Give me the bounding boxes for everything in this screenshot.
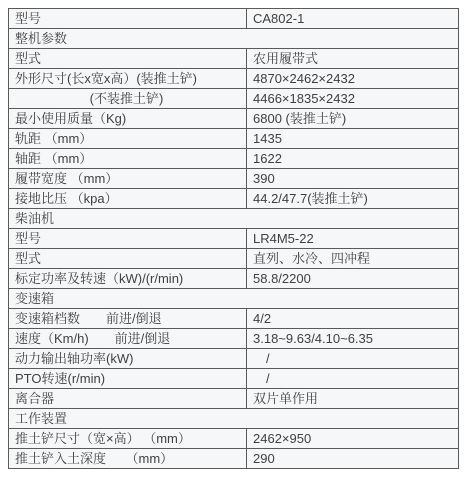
spec-value: CA802-1 — [247, 9, 459, 29]
spec-page: 型号CA802-1整机参数型式农用履带式外形尺寸(长x宽x高）(装推土铲)487… — [0, 0, 468, 478]
spec-row: 标定功率及转速（kW)/(r/min)58.8/2200 — [9, 269, 459, 289]
spec-label: 型式 — [9, 49, 247, 69]
spec-value: 农用履带式 — [247, 49, 459, 69]
spec-value: / — [247, 369, 459, 389]
spec-value: 直列、水冷、四冲程 — [247, 249, 459, 269]
spec-value: 双片单作用 — [247, 389, 459, 409]
spec-value: 4/2 — [247, 309, 459, 329]
spec-row: 最小使用质量（Kg)6800 (装推土铲) — [9, 109, 459, 129]
spec-row: 型号LR4M5-22 — [9, 229, 459, 249]
spec-label: 离合器 — [9, 389, 247, 409]
spec-label: 标定功率及转速（kW)/(r/min) — [9, 269, 247, 289]
spec-label: 接地比压 （kpa） — [9, 189, 247, 209]
spec-value: 6800 (装推土铲) — [247, 109, 459, 129]
spec-value: 4466×1835×2432 — [247, 89, 459, 109]
spec-value: 290 — [247, 449, 459, 469]
section-header: 整机参数 — [9, 29, 459, 49]
spec-label: 外形尺寸(长x宽x高）(装推土铲) — [9, 69, 247, 89]
spec-value: 1622 — [247, 149, 459, 169]
spec-value: 44.2/47.7(装推土铲) — [247, 189, 459, 209]
spec-row: 推土铲入土深度 （mm）290 — [9, 449, 459, 469]
spec-label: 推土铲尺寸（宽×高） （mm） — [9, 429, 247, 449]
spec-row: 履带宽度 （mm）390 — [9, 169, 459, 189]
spec-label: (不装推土铲) — [9, 89, 247, 109]
spec-label: 轴距 （mm） — [9, 149, 247, 169]
spec-row: 型号CA802-1 — [9, 9, 459, 29]
spec-label: 型式 — [9, 249, 247, 269]
spec-label: 型号 — [9, 9, 247, 29]
spec-label: 动力输出轴功率(kW) — [9, 349, 247, 369]
spec-row: 外形尺寸(长x宽x高）(装推土铲)4870×2462×2432 — [9, 69, 459, 89]
spec-label: 型号 — [9, 229, 247, 249]
spec-row: 接地比压 （kpa）44.2/47.7(装推土铲) — [9, 189, 459, 209]
spec-row: 速度（Km/h) 前进/倒退3.18~9.63/4.10~6.35 — [9, 329, 459, 349]
spec-row: (不装推土铲)4466×1835×2432 — [9, 89, 459, 109]
spec-row: 推土铲尺寸（宽×高） （mm）2462×950 — [9, 429, 459, 449]
spec-row: PTO转速(r/min) / — [9, 369, 459, 389]
spec-value: 4870×2462×2432 — [247, 69, 459, 89]
section-header: 变速箱 — [9, 289, 459, 309]
spec-row: 动力输出轴功率(kW) / — [9, 349, 459, 369]
spec-value: / — [247, 349, 459, 369]
section-row: 柴油机 — [9, 209, 459, 229]
section-row: 变速箱 — [9, 289, 459, 309]
spec-value: 58.8/2200 — [247, 269, 459, 289]
spec-label: 变速箱档数 前进/倒退 — [9, 309, 247, 329]
spec-label: 履带宽度 （mm） — [9, 169, 247, 189]
spec-label: PTO转速(r/min) — [9, 369, 247, 389]
section-header: 工作装置 — [9, 409, 459, 429]
spec-value: 2462×950 — [247, 429, 459, 449]
spec-table: 型号CA802-1整机参数型式农用履带式外形尺寸(长x宽x高）(装推土铲)487… — [8, 8, 459, 469]
spec-label: 推土铲入土深度 （mm） — [9, 449, 247, 469]
spec-row: 型式直列、水冷、四冲程 — [9, 249, 459, 269]
spec-value: 1435 — [247, 129, 459, 149]
section-row: 工作装置 — [9, 409, 459, 429]
section-row: 整机参数 — [9, 29, 459, 49]
spec-value: 3.18~9.63/4.10~6.35 — [247, 329, 459, 349]
spec-value: 390 — [247, 169, 459, 189]
spec-row: 型式农用履带式 — [9, 49, 459, 69]
spec-label: 速度（Km/h) 前进/倒退 — [9, 329, 247, 349]
spec-row: 轴距 （mm）1622 — [9, 149, 459, 169]
spec-table-body: 型号CA802-1整机参数型式农用履带式外形尺寸(长x宽x高）(装推土铲)487… — [9, 9, 459, 469]
section-header: 柴油机 — [9, 209, 459, 229]
spec-label: 轨距 （mm） — [9, 129, 247, 149]
spec-row: 离合器双片单作用 — [9, 389, 459, 409]
spec-row: 变速箱档数 前进/倒退4/2 — [9, 309, 459, 329]
spec-label: 最小使用质量（Kg) — [9, 109, 247, 129]
spec-row: 轨距 （mm）1435 — [9, 129, 459, 149]
spec-value: LR4M5-22 — [247, 229, 459, 249]
